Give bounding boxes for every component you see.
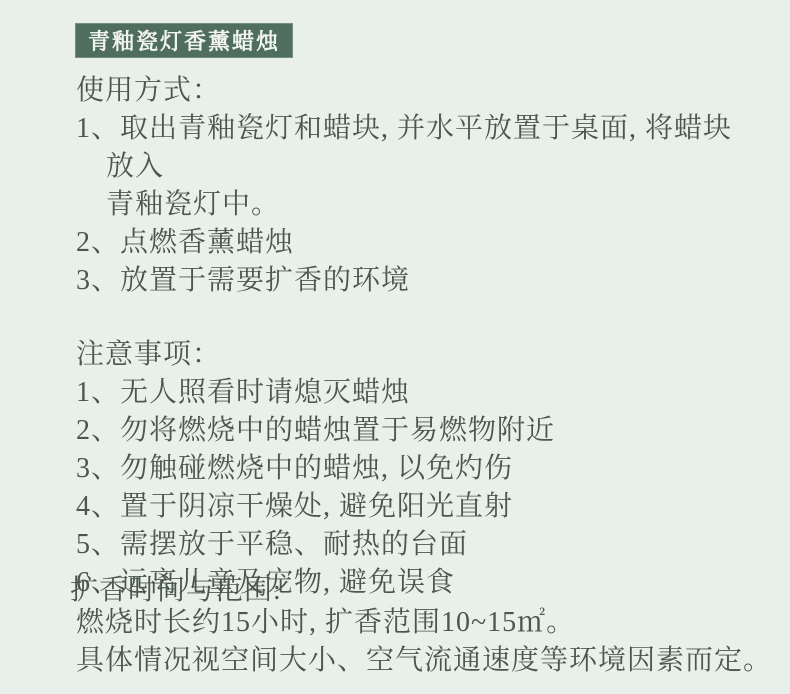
notice-item-5: 5、需摆放于平稳、耐热的台面 xyxy=(76,526,754,564)
product-title: 青釉瓷灯香薰蜡烛 xyxy=(88,29,280,54)
notice-item-1: 1、无人照看时请熄灭蜡烛 xyxy=(76,374,754,412)
usage-item-1: 1、取出青釉瓷灯和蜡块, 并水平放置于桌面, 将蜡块放入 青釉瓷灯中。 xyxy=(76,110,754,224)
usage-heading: 使用方式： xyxy=(76,72,754,110)
notice-heading: 注意事项： xyxy=(76,336,754,374)
notice-item-3: 3、勿触碰燃烧中的蜡烛, 以免灼伤 xyxy=(76,450,754,488)
range-line-conditions: 具体情况视空间大小、空气流通速度等环境因素而定。 xyxy=(76,642,754,680)
product-title-badge: 青釉瓷灯香薰蜡烛 xyxy=(75,23,293,58)
usage-item-3: 3、放置于需要扩香的环境 xyxy=(76,262,754,300)
notice-item-4: 4、置于阴凉干燥处, 避免阳光直射 xyxy=(76,488,754,526)
usage-item-2: 2、点燃香薰蜡烛 xyxy=(76,224,754,262)
overlapping-text-block: 6、远离儿童及宠物, 避免误食 扩香时间与范围: xyxy=(76,564,754,602)
range-heading: 扩香时间与范围: xyxy=(70,572,282,610)
description-content: 使用方式： 1、取出青釉瓷灯和蜡块, 并水平放置于桌面, 将蜡块放入 青釉瓷灯中… xyxy=(76,72,754,680)
notice-item-2: 2、勿将燃烧中的蜡烛置于易燃物附近 xyxy=(76,412,754,450)
product-description-page: 青釉瓷灯香薰蜡烛 使用方式： 1、取出青釉瓷灯和蜡块, 并水平放置于桌面, 将蜡… xyxy=(0,0,790,694)
